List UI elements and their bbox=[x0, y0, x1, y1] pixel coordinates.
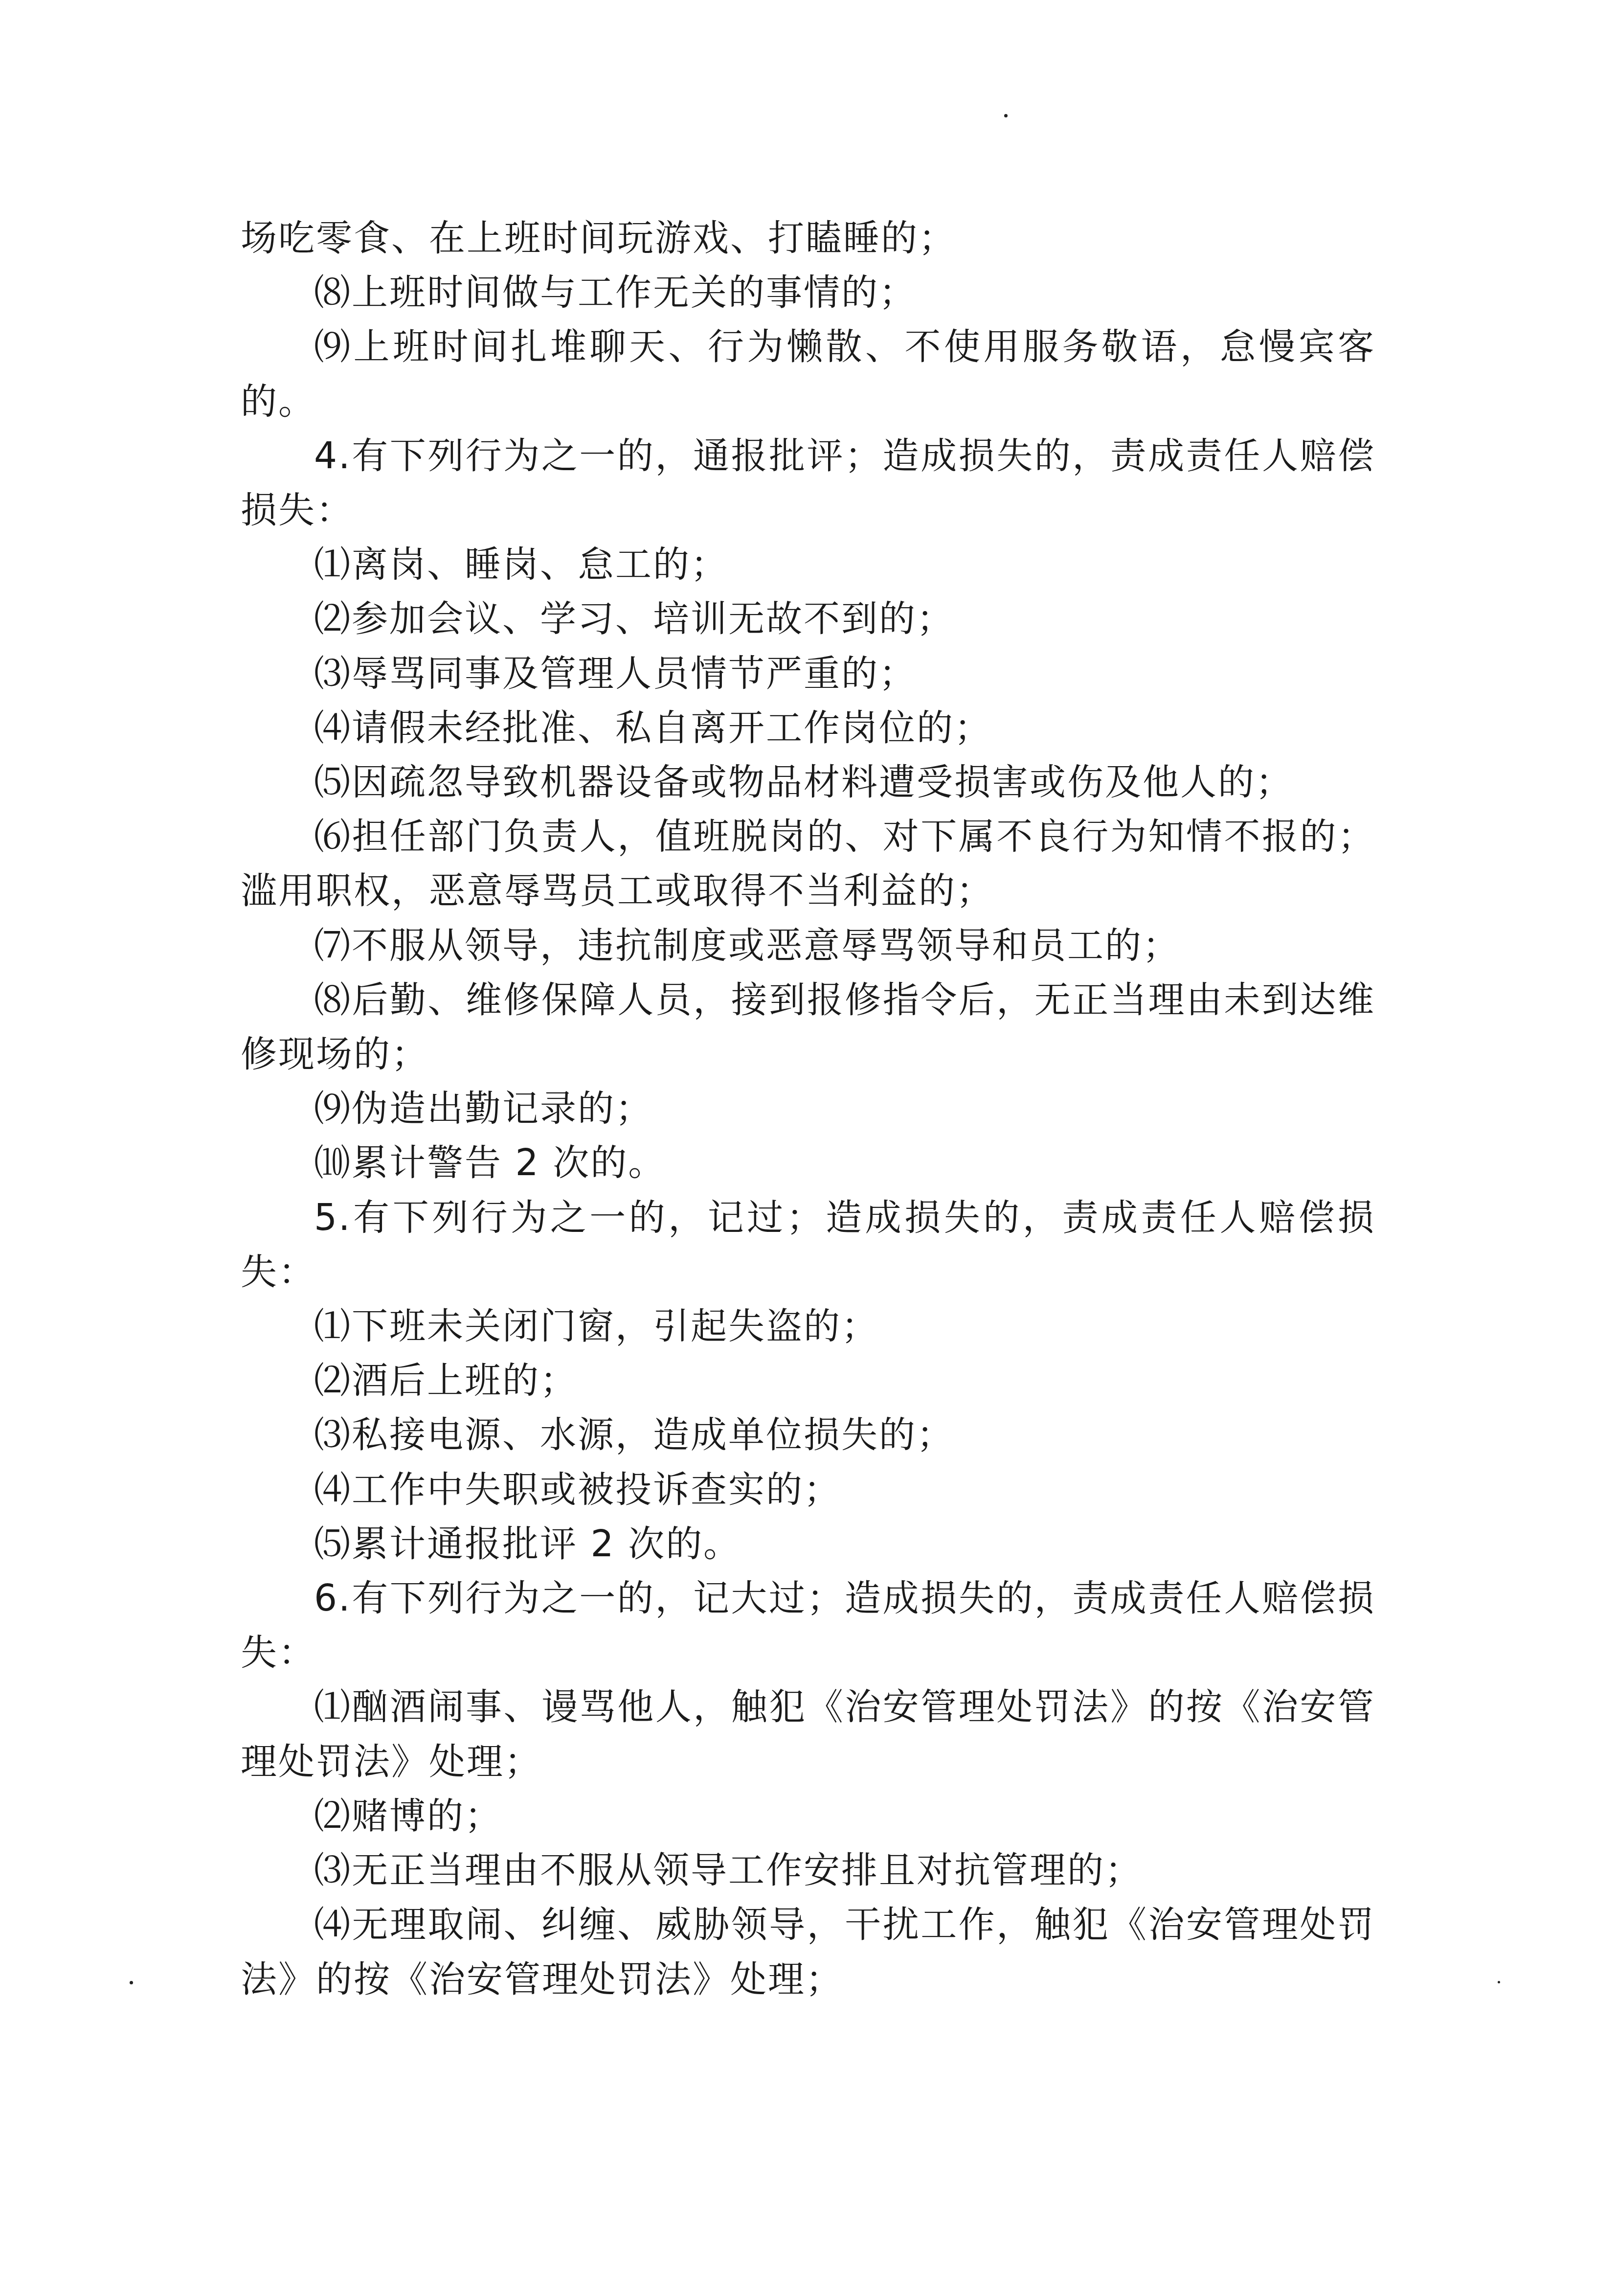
list-item-4-8: ⑻后勤、维修保障人员，接到报修指令后，无正当理由未到达维修现场的； bbox=[241, 973, 1375, 1082]
list-item-4-7: ⑺不服从领导，违抗制度或恶意辱骂领导和员工的； bbox=[241, 919, 1375, 973]
list-item-5-1: ⑴下班未关闭门窗，引起失盗的； bbox=[241, 1299, 1375, 1354]
list-item-6-1: ⑴酗酒闹事、谩骂他人，触犯《治安管理处罚法》的按《治安管理处罚法》处理； bbox=[241, 1680, 1375, 1789]
list-item-5-4: ⑷工作中失职或被投诉查实的； bbox=[241, 1463, 1375, 1517]
list-item-4-10: ⑽累计警告 2 次的。 bbox=[241, 1136, 1375, 1190]
list-item-5-5: ⑸累计通报批评 2 次的。 bbox=[241, 1517, 1375, 1571]
list-item-4-3: ⑶辱骂同事及管理人员情节严重的； bbox=[241, 647, 1375, 701]
document-body: 场吃零食、在上班时间玩游戏、打瞌睡的； ⑻上班时间做与工作无关的事情的； ⑼上班… bbox=[241, 211, 1375, 2007]
list-item-6-3: ⑶无正当理由不服从领导工作安排且对抗管理的； bbox=[241, 1843, 1375, 1898]
list-item-6-2: ⑵赌博的； bbox=[241, 1789, 1375, 1843]
list-item-4-5: ⑸因疏忽导致机器设备或物品材料遭受损害或伤及他人的； bbox=[241, 755, 1375, 810]
list-item-4-4: ⑷请假未经批准、私自离开工作岗位的； bbox=[241, 701, 1375, 755]
list-item-4-1: ⑴离岗、睡岗、怠工的； bbox=[241, 538, 1375, 592]
list-item-4-6: ⑹担任部门负责人，值班脱岗的、对下属不良行为知情不报的；滥用职权，恶意辱骂员工或… bbox=[241, 810, 1375, 918]
section-5-heading: 5.有下列行为之一的，记过；造成损失的，责成责任人赔偿损失： bbox=[241, 1191, 1375, 1299]
section-6-heading: 6.有下列行为之一的，记大过；造成损失的，责成责任人赔偿损失： bbox=[241, 1571, 1375, 1680]
section-4-heading: 4.有下列行为之一的，通报批评；造成损失的，责成责任人赔偿损失： bbox=[241, 429, 1375, 538]
scanned-page: 场吃零食、在上班时间玩游戏、打瞌睡的； ⑻上班时间做与工作无关的事情的； ⑼上班… bbox=[0, 0, 1617, 2296]
scan-speck bbox=[1004, 114, 1008, 117]
list-item-4-9: ⑼伪造出勤记录的； bbox=[241, 1082, 1375, 1136]
list-item-3-8: ⑻上班时间做与工作无关的事情的； bbox=[241, 266, 1375, 320]
scan-speck bbox=[1498, 1981, 1500, 1983]
list-item-5-2: ⑵酒后上班的； bbox=[241, 1354, 1375, 1408]
paragraph-continuation: 场吃零食、在上班时间玩游戏、打瞌睡的； bbox=[241, 211, 1375, 266]
list-item-3-9: ⑼上班时间扎堆聊天、行为懒散、不使用服务敬语，怠慢宾客的。 bbox=[241, 320, 1375, 429]
list-item-4-2: ⑵参加会议、学习、培训无故不到的； bbox=[241, 592, 1375, 646]
list-item-5-3: ⑶私接电源、水源，造成单位损失的； bbox=[241, 1408, 1375, 1462]
scan-speck bbox=[130, 1981, 133, 1984]
list-item-6-4: ⑷无理取闹、纠缠、威胁领导，干扰工作，触犯《治安管理处罚法》的按《治安管理处罚法… bbox=[241, 1898, 1375, 2006]
